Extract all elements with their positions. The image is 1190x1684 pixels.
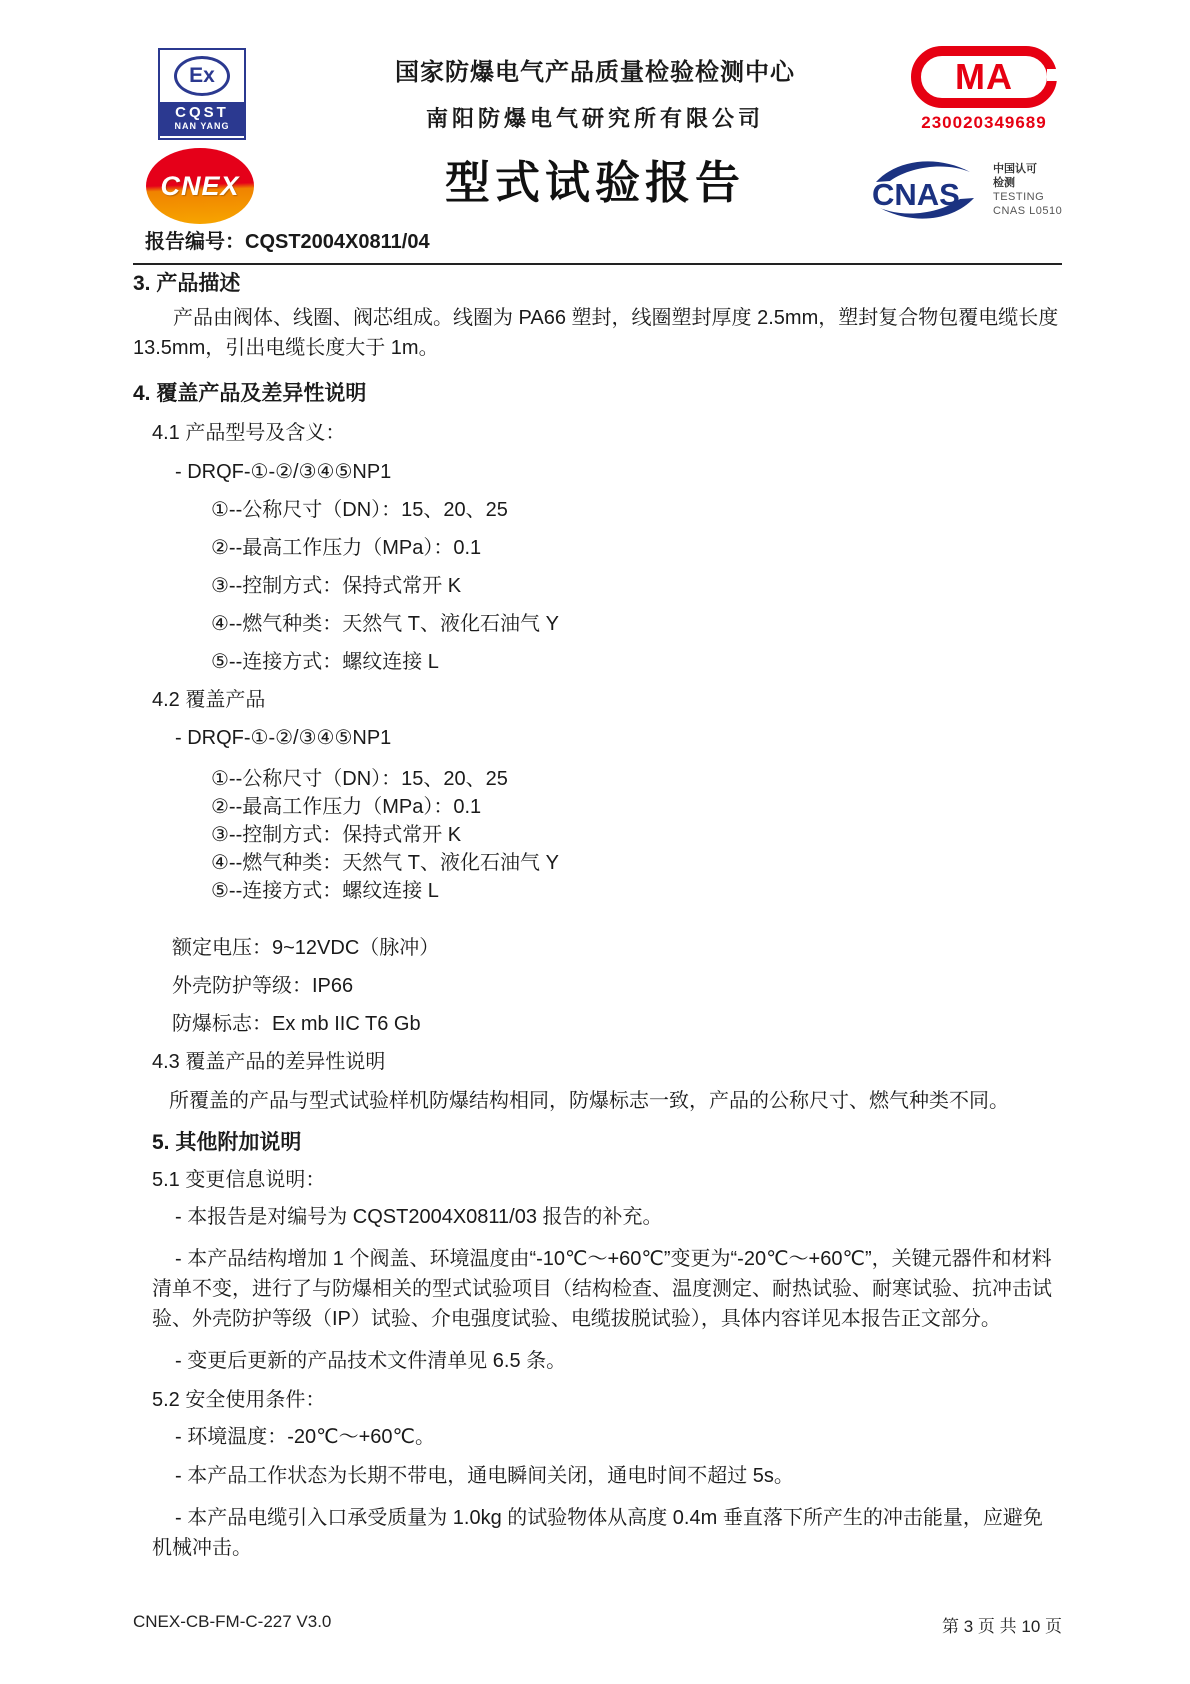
model-item: ②--最高工作压力（MPa）：0.1 [133, 537, 1062, 559]
safety-condition-item: - 环境温度：-20℃～+60℃。 [133, 1426, 1062, 1448]
model-item: ④--燃气种类：天然气 T、液化石油气 Y [133, 849, 1062, 877]
report-number-row: 报告编号：CQST2004X0811/04 [133, 230, 1062, 265]
document-code: CNEX-CB-FM-C-227 V3.0 [133, 1612, 331, 1637]
cnas-side-line3: TESTING [993, 190, 1062, 204]
section-5-1-title: 5.1 变更信息说明： [133, 1169, 1062, 1191]
model-item: ③--控制方式：保持式常开 K [133, 575, 1062, 597]
section-4-heading: 4. 覆盖产品及差异性说明 [133, 383, 1062, 405]
section-4-2-title: 4.2 覆盖产品 [133, 689, 1062, 711]
model-item: ③--控制方式：保持式常开 K [133, 821, 1062, 849]
svg-text:CNAS: CNAS [872, 177, 960, 212]
cnas-side-line4: CNAS L0510 [993, 204, 1062, 218]
section-4-1-title: 4.1 产品型号及含义： [133, 422, 1062, 444]
model-item: ⑤--连接方式：螺纹连接 L [133, 651, 1062, 673]
cnas-side-line2: 检测 [993, 176, 1062, 190]
section-4-3-title: 4.3 覆盖产品的差异性说明 [133, 1051, 1062, 1073]
ex-marking-line: 防爆标志：Ex mb IIC T6 Gb [133, 1013, 1062, 1035]
report-page: Ex CQST NAN YANG CNEX 国家防爆电气产品质量检验检测中心 南… [0, 0, 1190, 1684]
model-item: ④--燃气种类：天然气 T、液化石油气 Y [133, 613, 1062, 635]
rated-voltage-line: 额定电压：9~12VDC（脉冲） [133, 937, 1062, 959]
model-item: ①--公称尺寸（DN）：15、20、25 [133, 765, 1062, 793]
cnas-logo: CNAS 中国认可 检测 TESTING CNAS L0510 [866, 158, 1062, 222]
ip-rating-line: 外壳防护等级：IP66 [133, 975, 1062, 997]
model-item: ⑤--连接方式：螺纹连接 L [133, 877, 1062, 905]
page-footer: CNEX-CB-FM-C-227 V3.0 第 3 页 共 10 页 [133, 1612, 1062, 1637]
safety-condition-item: - 本产品电缆引入口承受质量为 1.0kg 的试验物体从高度 0.4m 垂直落下… [133, 1503, 1062, 1563]
safety-condition-item: - 本产品工作状态为长期不带电，通电瞬间关闭，通电时间不超过 5s。 [133, 1465, 1062, 1487]
change-note-item: - 本报告是对编号为 CQST2004X0811/03 报告的补充。 [133, 1206, 1062, 1228]
report-number-label: 报告编号： [145, 231, 245, 253]
section-5-heading: 5. 其他附加说明 [133, 1132, 1062, 1154]
section-4-1-model: - DRQF-①-②/③④⑤NP1 [133, 461, 1062, 483]
change-note-item: - 本产品结构增加 1 个阀盖、环境温度由“-10℃～+60℃”变更为“-20℃… [133, 1244, 1062, 1334]
cma-logo: MA 230020349689 [886, 46, 1082, 133]
page-indicator: 第 3 页 共 10 页 [942, 1612, 1062, 1637]
cma-certificate-number: 230020349689 [886, 113, 1082, 133]
cnas-side-line1: 中国认可 [993, 162, 1062, 176]
cnas-side-text: 中国认可 检测 TESTING CNAS L0510 [993, 162, 1062, 218]
section-5-2-title: 5.2 安全使用条件： [133, 1389, 1062, 1411]
section-3-heading: 3. 产品描述 [133, 273, 1062, 295]
report-number-value: CQST2004X0811/04 [245, 231, 430, 253]
model-item: ②--最高工作压力（MPa）：0.1 [133, 793, 1062, 821]
report-body: 报告编号：CQST2004X0811/04 3. 产品描述 产品由阀体、线圈、阀… [133, 230, 1062, 1563]
change-note-item: - 变更后更新的产品技术文件清单见 6.5 条。 [133, 1350, 1062, 1372]
section-4-3-paragraph: 所覆盖的产品与型式试验样机防爆结构相同，防爆标志一致，产品的公称尺寸、燃气种类不… [133, 1086, 1062, 1116]
section-4-2-model: - DRQF-①-②/③④⑤NP1 [133, 727, 1062, 749]
cma-letters: MA [955, 59, 1013, 95]
section-3-paragraph: 产品由阀体、线圈、阀芯组成。线圈为 PA66 塑封，线圈塑封厚度 2.5mm，塑… [133, 303, 1062, 363]
model-item: ①--公称尺寸（DN）：15、20、25 [133, 499, 1062, 521]
cma-mark-icon: MA [911, 46, 1057, 108]
cnas-mark-icon: CNAS [866, 158, 984, 222]
